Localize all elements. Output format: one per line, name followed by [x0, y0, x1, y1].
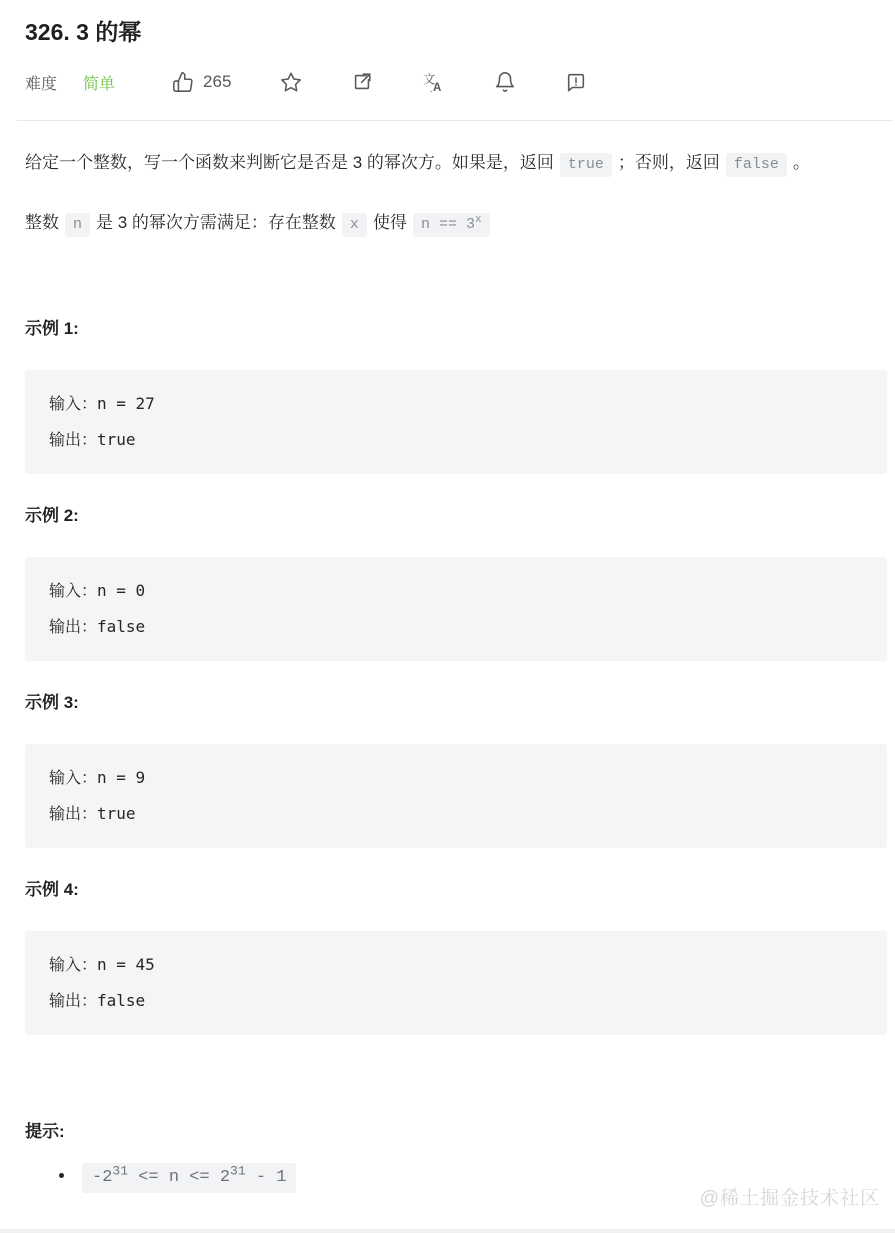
feedback-button[interactable] [565, 71, 587, 93]
inline-code-false: false [726, 153, 787, 177]
hints-heading: 提示: [25, 1120, 870, 1143]
inline-code-formula: n == 3x [413, 213, 490, 237]
watermark: @稀土掘金技术社区 [700, 1183, 880, 1210]
example-output: 输出：true [49, 796, 863, 832]
desc-text: 使得 [373, 213, 407, 232]
example-4-heading: 示例 4: [25, 878, 870, 901]
svg-text:A: A [433, 82, 441, 94]
share-button[interactable] [351, 71, 373, 93]
like-count: 265 [203, 72, 231, 92]
like-button[interactable]: 265 [172, 71, 231, 93]
share-icon [351, 71, 373, 93]
notification-button[interactable] [494, 71, 516, 93]
divider [17, 120, 893, 121]
constraint-superscript: 31 [112, 1163, 128, 1178]
inline-code-x: x [342, 213, 367, 237]
favorite-button[interactable] [280, 71, 302, 93]
translate-icon: 文 A [422, 71, 445, 94]
difficulty-label: 难度 [25, 71, 57, 94]
difficulty-badge: 简单 [83, 71, 115, 94]
example-2-heading: 示例 2: [25, 504, 870, 527]
desc-text: ；否则，返回 [618, 153, 720, 172]
example-output: 输出：false [49, 609, 863, 645]
example-input: 输入：n = 0 [49, 573, 863, 609]
description-paragraph-1: 给定一个整数，写一个函数来判断它是否是 3 的幂次方。如果是，返回true；否则… [25, 146, 870, 180]
feedback-icon [565, 71, 587, 93]
example-1-code-block: 输入：n = 27输出：true [25, 370, 887, 474]
example-4-code-block: 输入：n = 45输出：false [25, 931, 887, 1035]
example-3-code-block: 输入：n = 9输出：true [25, 744, 887, 848]
problem-page: 326. 3 的幂 难度 简单 265 [0, 0, 895, 1193]
example-input: 输入：n = 45 [49, 947, 863, 983]
bell-icon [494, 71, 516, 93]
description-paragraph-2: 整数n是 3 的幂次方需满足：存在整数x使得n == 3x [25, 206, 870, 240]
constraint-superscript: 31 [230, 1163, 246, 1178]
page-title: 326. 3 的幂 [25, 18, 870, 46]
inline-code-n: n [65, 213, 90, 237]
inline-code-true: true [560, 153, 612, 177]
formula-superscript: x [475, 214, 482, 226]
example-output: 输出：false [49, 983, 863, 1019]
desc-text: 整数 [25, 213, 59, 232]
desc-text: 给定一个整数，写一个函数来判断它是否是 3 的幂次方。如果是，返回 [25, 153, 554, 172]
inline-code-constraint: -231 <= n <= 231 - 1 [82, 1163, 296, 1193]
example-3-heading: 示例 3: [25, 691, 870, 714]
thumbs-up-icon [172, 71, 194, 93]
example-input: 输入：n = 27 [49, 386, 863, 422]
example-output: 输出：true [49, 422, 863, 458]
translate-button[interactable]: 文 A [422, 71, 445, 94]
bottom-crop-strip [0, 1222, 895, 1233]
star-icon [280, 71, 302, 93]
desc-text: 是 3 的幂次方需满足：存在整数 [96, 213, 336, 232]
desc-text: 。 [793, 153, 810, 172]
example-input: 输入：n = 9 [49, 760, 863, 796]
meta-row: 难度 简单 265 [25, 70, 870, 94]
example-1-heading: 示例 1: [25, 317, 870, 340]
example-2-code-block: 输入：n = 0输出：false [25, 557, 887, 661]
